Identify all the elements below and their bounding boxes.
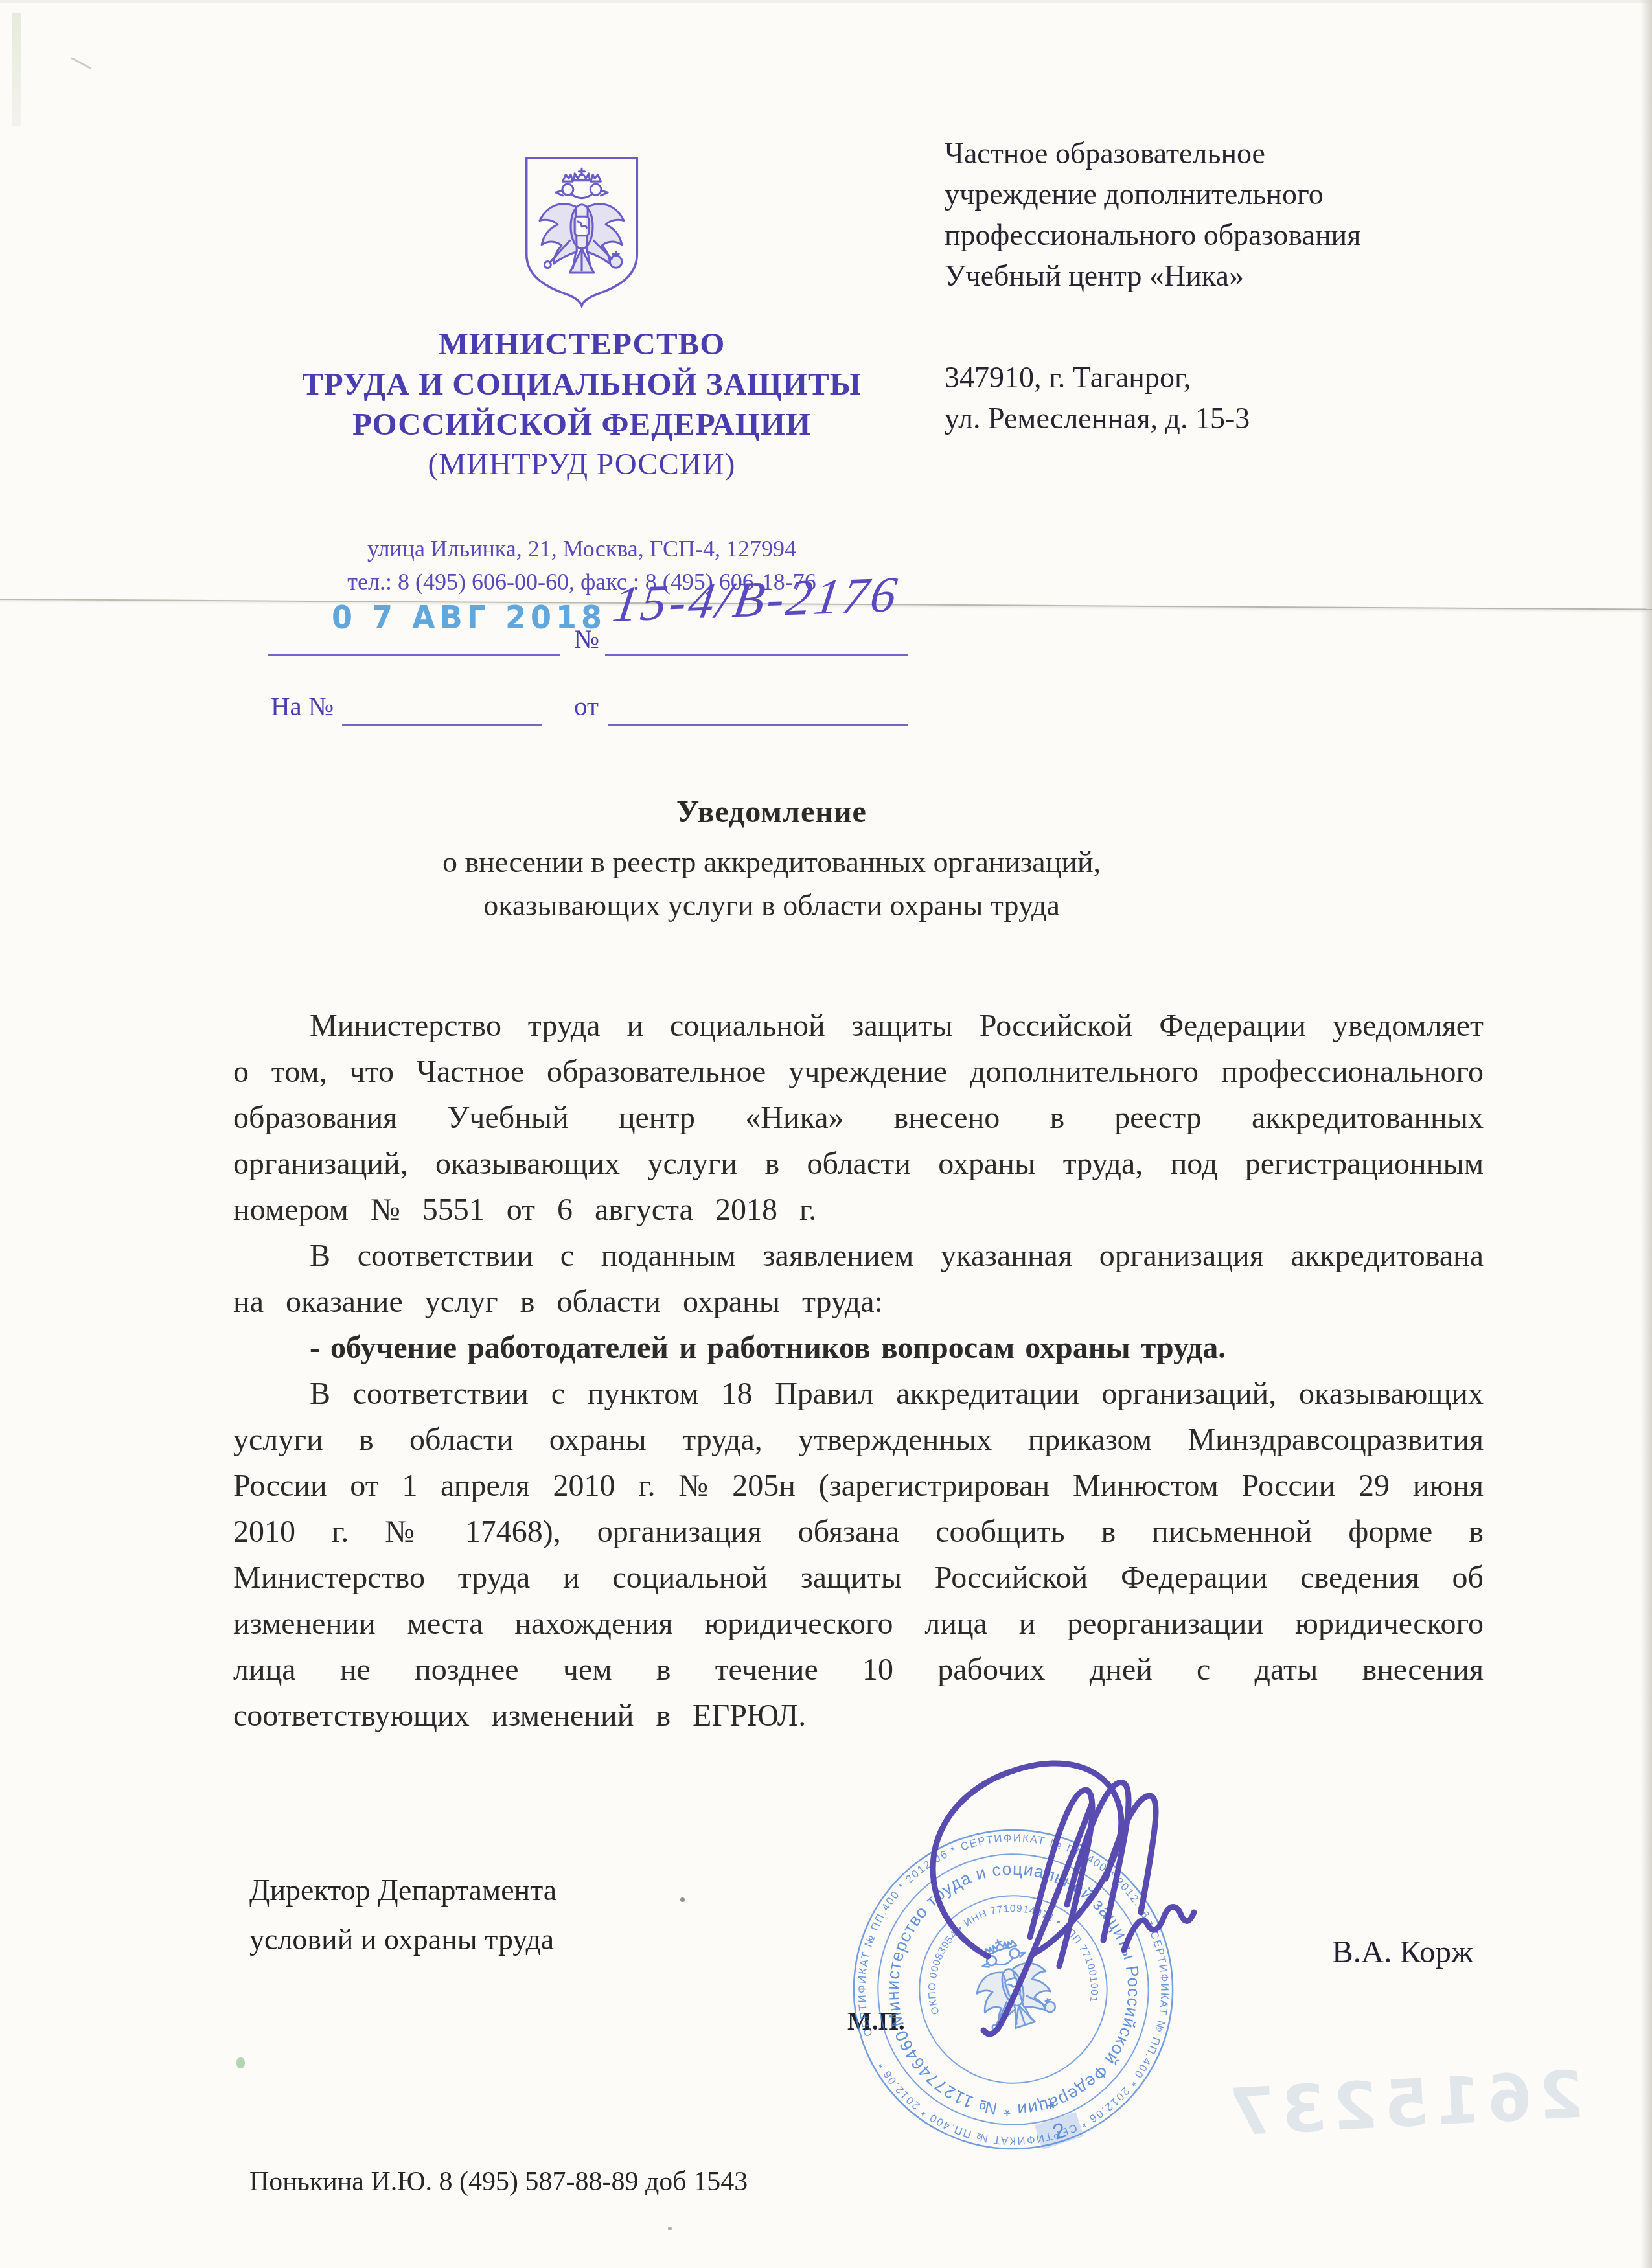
scanned-letter-page: 2615237	[0, 0, 1652, 2268]
signer-position-line: Директор Департамента	[249, 1866, 556, 1915]
executor-contact: Понькина И.Ю. 8 (495) 587-88-89 доб 1543	[249, 2166, 748, 2197]
paper-top-edge	[0, 0, 1652, 3]
addressee-address-line: ул. Ремесленная, д. 15-3	[945, 398, 1579, 439]
document-title: Уведомление	[201, 794, 1342, 830]
addressee-name-line: учреждение дополнительного	[945, 174, 1579, 214]
body-paragraph: Министерство труда и социальной защиты Р…	[233, 1003, 1484, 1233]
ministry-line: ТРУДА И СОЦИАЛЬНОЙ ЗАЩИТЫ	[232, 364, 932, 404]
scan-speck	[668, 2227, 672, 2230]
addressee-name-line: Учебный центр «Ника»	[945, 255, 1579, 296]
scan-scratch	[71, 57, 91, 69]
signature	[897, 1743, 1202, 2054]
addressee-block: Частное образовательное учреждение допол…	[945, 133, 1579, 439]
accredited-service-item: - обучение работодателей и работников во…	[233, 1325, 1484, 1371]
addressee-name-line: Частное образовательное	[945, 133, 1579, 174]
scanner-edge-artifact	[12, 13, 21, 126]
letterhead-address: улица Ильинка, 21, Москва, ГСП-4, 127994	[232, 533, 932, 566]
reply-from-label: от	[574, 691, 599, 722]
scan-speck-green	[236, 2057, 245, 2068]
date-blank-line	[268, 654, 560, 656]
paper-right-edge	[1640, 0, 1652, 2268]
ministry-name-block: МИНИСТЕРСТВО ТРУДА И СОЦИАЛЬНОЙ ЗАЩИТЫ Р…	[232, 324, 932, 485]
signer-name: В.А. Корж	[1332, 1933, 1473, 1970]
number-blank-line	[605, 654, 908, 656]
reply-to-number-label: На №	[271, 691, 334, 722]
document-subtitle-line: о внесении в реестр аккредитованных орга…	[201, 840, 1342, 884]
ministry-short-name: (МИНТРУД РОССИИ)	[232, 444, 932, 485]
body-paragraph: В соответствии с пунктом 18 Правил аккре…	[233, 1371, 1484, 1739]
body-paragraph: В соответствии с поданным заявлением ука…	[233, 1233, 1484, 1325]
scan-speck	[680, 1897, 685, 1902]
reply-date-blank-line	[608, 724, 908, 726]
letter-body: Министерство труда и социальной защиты Р…	[233, 1003, 1484, 1739]
addressee-address-line: 347910, г. Таганрог,	[945, 357, 1579, 398]
document-title-block: Уведомление о внесении в реестр аккредит…	[201, 794, 1342, 927]
incoming-date-stamp: 0 7 АВГ 2018	[332, 599, 606, 636]
reply-number-blank-line	[342, 724, 542, 726]
handwritten-outgoing-number: 15-4/В-2176	[609, 565, 902, 633]
addressee-name-line: профессионального образования	[945, 214, 1579, 255]
number-label: №	[574, 623, 599, 654]
addressee-address: 347910, г. Таганрог, ул. Ремесленная, д.…	[945, 357, 1579, 439]
document-subtitle-line: оказывающих услуги в области охраны труд…	[201, 884, 1342, 927]
signer-position: Директор Департамента условий и охраны т…	[249, 1866, 556, 1964]
ministry-line: РОССИЙСКОЙ ФЕДЕРАЦИИ	[232, 404, 932, 444]
ministry-line: МИНИСТЕРСТВО	[232, 324, 932, 364]
bleed-through-number: 2615237	[1245, 2056, 1585, 2149]
russia-coat-of-arms-icon	[517, 154, 647, 308]
signer-position-line: условий и охраны труда	[249, 1915, 556, 1964]
